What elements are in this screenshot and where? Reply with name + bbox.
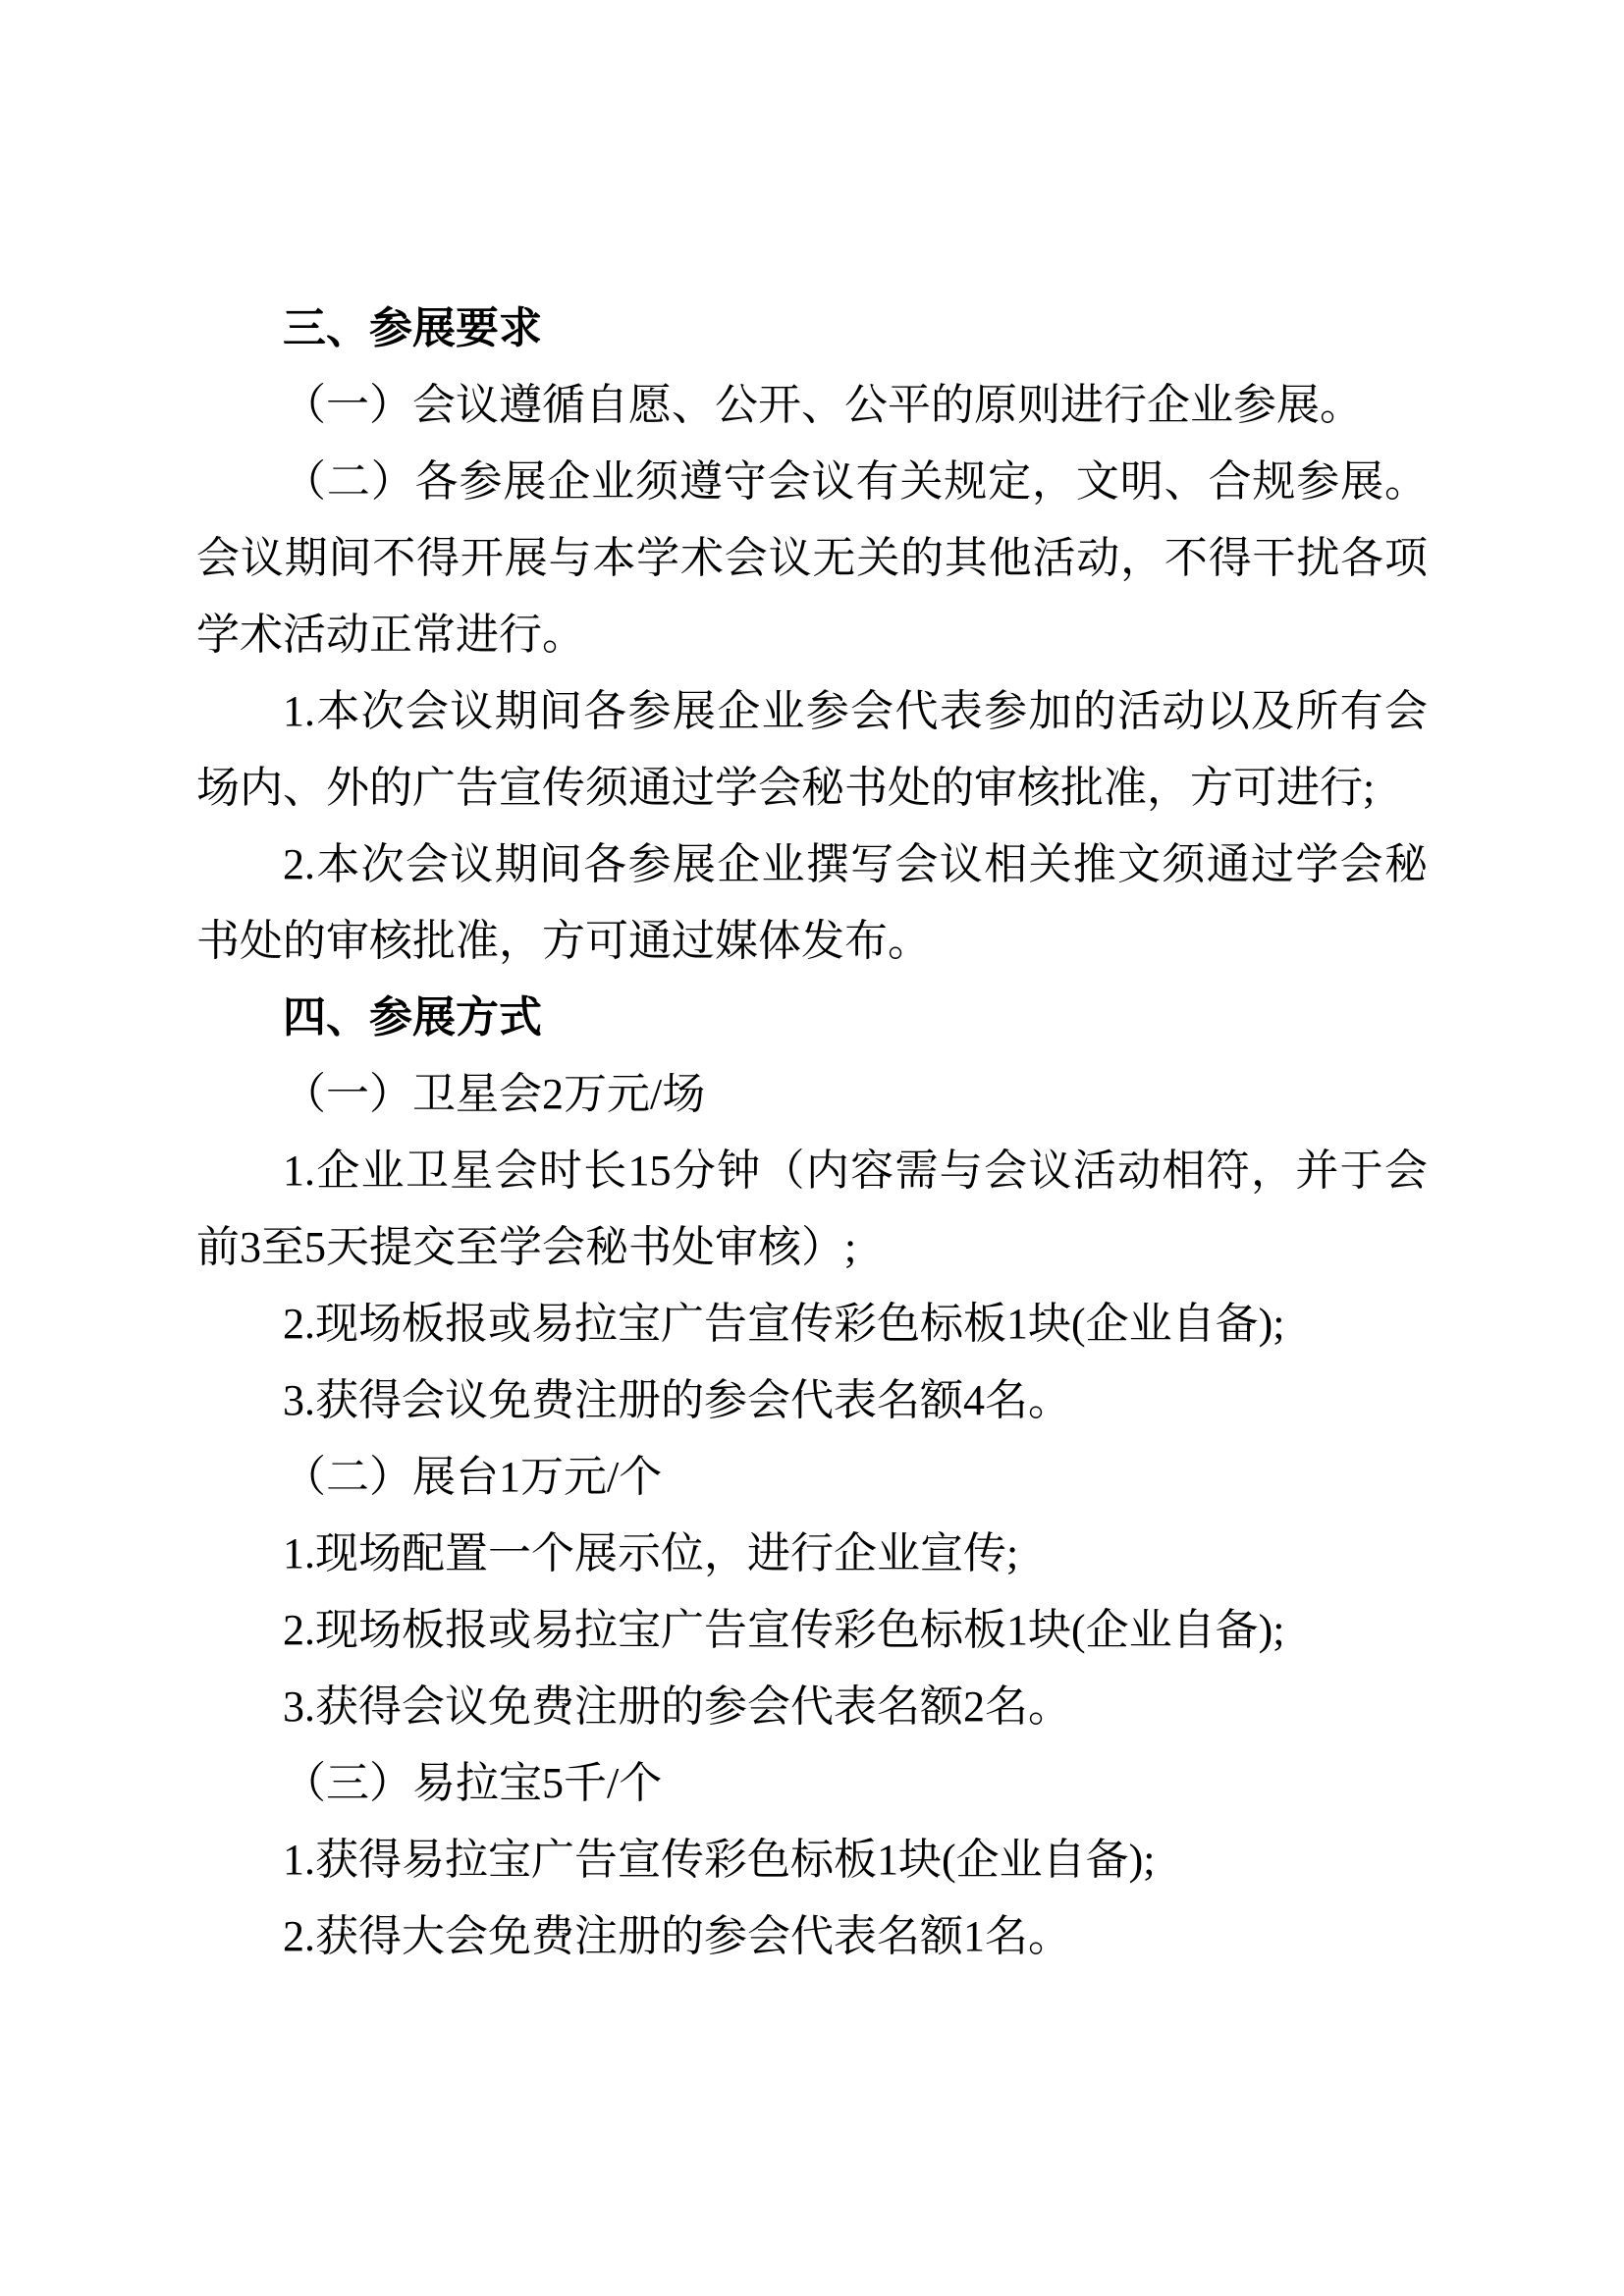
paragraph-line: 2.现场板报或易拉宝广告宣传彩色标板1块(企业自备); xyxy=(196,1286,1428,1362)
paragraph-line: 3.获得会议免费注册的参会代表名额2名。 xyxy=(196,1669,1428,1745)
paragraph-line: （二）各参展企业须遵守会议有关规定，文明、合规参展。 xyxy=(196,444,1428,520)
section-heading-exhibition-requirements: 三、参展要求 xyxy=(196,291,1428,367)
paragraph-line: （二）展台1万元/个 xyxy=(196,1439,1428,1516)
paragraph-line: （一）卫星会2万元/场 xyxy=(196,1056,1428,1133)
paragraph-line: 1.企业卫星会时长15分钟（内容需与会议活动相符，并于会 xyxy=(196,1133,1428,1209)
paragraph-line: 1.本次会议期间各参展企业参会代表参加的活动以及所有会 xyxy=(196,673,1428,750)
paragraph-line: 2.现场板报或易拉宝广告宣传彩色标板1块(企业自备); xyxy=(196,1592,1428,1669)
paragraph-line: 场内、外的广告宣传须通过学会秘书处的审核批准，方可进行; xyxy=(196,750,1428,827)
paragraph-line: （三）易拉宝5千/个 xyxy=(196,1745,1428,1822)
document-text-block: 三、参展要求 （一）会议遵循自愿、公开、公平的原则进行企业参展。 （二）各参展企… xyxy=(196,291,1428,1975)
paragraph-line: 3.获得会议免费注册的参会代表名额4名。 xyxy=(196,1362,1428,1439)
paragraph-line: 2.本次会议期间各参展企业撰写会议相关推文须通过学会秘 xyxy=(196,827,1428,903)
paragraph-line: （一）会议遵循自愿、公开、公平的原则进行企业参展。 xyxy=(196,367,1428,444)
paragraph-line: 前3至5天提交至学会秘书处审核）; xyxy=(196,1209,1428,1286)
paragraph-line: 会议期间不得开展与本学术会议无关的其他活动，不得干扰各项 xyxy=(196,520,1428,597)
section-heading-exhibition-methods: 四、参展方式 xyxy=(196,980,1428,1056)
paragraph-line: 1.现场配置一个展示位，进行企业宣传; xyxy=(196,1516,1428,1592)
paragraph-line: 1.获得易拉宝广告宣传彩色标板1块(企业自备); xyxy=(196,1822,1428,1898)
document-page: 三、参展要求 （一）会议遵循自愿、公开、公平的原则进行企业参展。 （二）各参展企… xyxy=(0,0,1624,2296)
paragraph-line: 2.获得大会免费注册的参会代表名额1名。 xyxy=(196,1898,1428,1975)
paragraph-line: 书处的审核批准，方可通过媒体发布。 xyxy=(196,903,1428,980)
paragraph-line: 学术活动正常进行。 xyxy=(196,597,1428,673)
